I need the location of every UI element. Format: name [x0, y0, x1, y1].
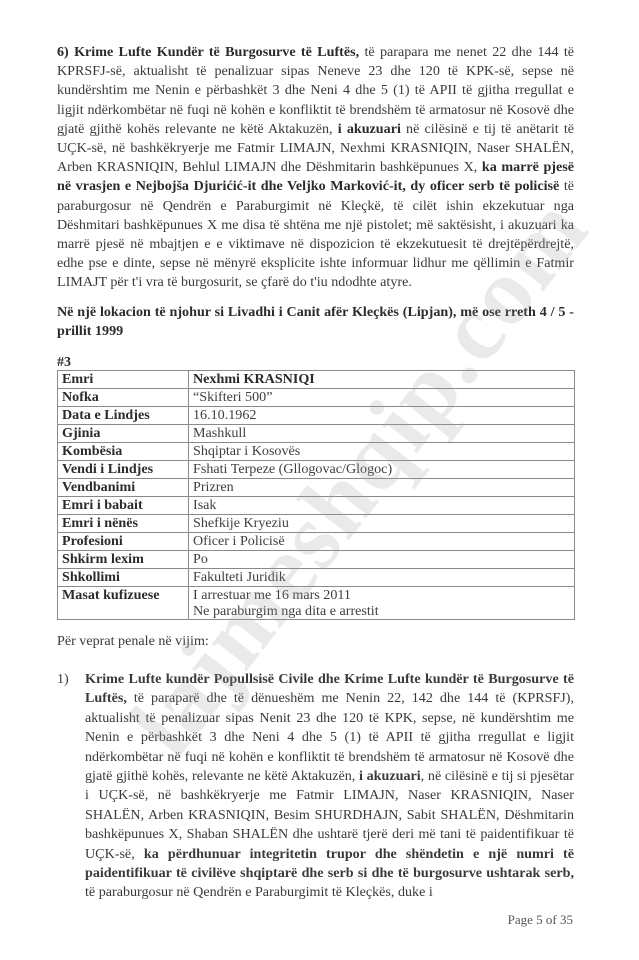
- field-label: Data e Lindjes: [58, 407, 189, 425]
- charge-item-number: 1): [57, 670, 69, 689]
- charge-item-1: 1) Krime Lufte kundër Popullsisë Civile …: [57, 670, 574, 903]
- field-value: Mashkull: [189, 425, 575, 443]
- table-row: Shkirm leximPo: [58, 551, 575, 569]
- field-label: Nofka: [58, 389, 189, 407]
- field-label: Vendbanimi: [58, 479, 189, 497]
- table-row: ShkollimiFakulteti Juridik: [58, 569, 575, 587]
- table-row: Masat kufizueseI arrestuar me 16 mars 20…: [58, 587, 575, 620]
- text: të paraburgosur në Qendrën e Paraburgimi…: [85, 884, 433, 900]
- table-row: Emri i nënësShefkije Kryeziu: [58, 515, 575, 533]
- table-row: ProfesioniOficer i Policisë: [58, 533, 575, 551]
- field-label: Emri: [58, 371, 189, 389]
- table-row: VendbanimiPrizren: [58, 479, 575, 497]
- field-label: Profesioni: [58, 533, 189, 551]
- table-row: Nofka“Skifteri 500”: [58, 389, 575, 407]
- table-row: Vendi i LindjesFshati Terpeze (Gllogovac…: [58, 461, 575, 479]
- field-value: Fakulteti Juridik: [189, 569, 575, 587]
- location-heading: Në një lokacion të njohur si Livadhi i C…: [57, 303, 574, 341]
- table-row: Emri i babaitIsak: [58, 497, 575, 515]
- field-value: Prizren: [189, 479, 575, 497]
- field-value: Nexhmi KRASNIQI: [189, 371, 575, 389]
- field-label: Emri i babait: [58, 497, 189, 515]
- field-value: 16.10.1962: [189, 407, 575, 425]
- field-label: Masat kufizuese: [58, 587, 189, 620]
- bold-text: i akuzuari: [359, 768, 421, 784]
- table-row: EmriNexhmi KRASNIQI: [58, 371, 575, 389]
- field-label: Gjinia: [58, 425, 189, 443]
- bold-text: 6) Krime Lufte Kundër të Burgosurve të L…: [57, 44, 359, 60]
- charge-item-body: Krime Lufte kundër Popullsisë Civile dhe…: [85, 670, 574, 903]
- person-info-table: EmriNexhmi KRASNIQINofka“Skifteri 500”Da…: [57, 370, 575, 620]
- paragraph-charge-6: 6) Krime Lufte Kundër të Burgosurve të L…: [57, 43, 574, 293]
- field-value: Oficer i Policisë: [189, 533, 575, 551]
- page-number: Page 5 of 35: [508, 912, 573, 928]
- field-value: I arrestuar me 16 mars 2011Ne paraburgim…: [189, 587, 575, 620]
- table-row: Data e Lindjes16.10.1962: [58, 407, 575, 425]
- field-label: Shkirm lexim: [58, 551, 189, 569]
- field-value: Fshati Terpeze (Gllogovac/Glogoc): [189, 461, 575, 479]
- field-label: Emri i nënës: [58, 515, 189, 533]
- field-label: Kombësia: [58, 443, 189, 461]
- table-row: GjiniaMashkull: [58, 425, 575, 443]
- document-page: 6) Krime Lufte Kundër të Burgosurve të L…: [0, 0, 639, 960]
- field-label: Shkollimi: [58, 569, 189, 587]
- bold-text: i akuzuari: [338, 121, 401, 137]
- field-value: Po: [189, 551, 575, 569]
- field-value: Isak: [189, 497, 575, 515]
- text: të paraburgosur në Qendrën e Paraburgimi…: [57, 178, 574, 290]
- table-row: KombësiaShqiptar i Kosovës: [58, 443, 575, 461]
- bold-text: ka përdhunuar integritetin trupor dhe sh…: [85, 846, 574, 881]
- field-value: Shqiptar i Kosovës: [189, 443, 575, 461]
- field-value: Shefkije Kryeziu: [189, 515, 575, 533]
- field-value: “Skifteri 500”: [189, 389, 575, 407]
- table-number: #3: [57, 355, 71, 371]
- field-label: Vendi i Lindjes: [58, 461, 189, 479]
- charges-intro: Për veprat penale në vijim:: [57, 633, 209, 650]
